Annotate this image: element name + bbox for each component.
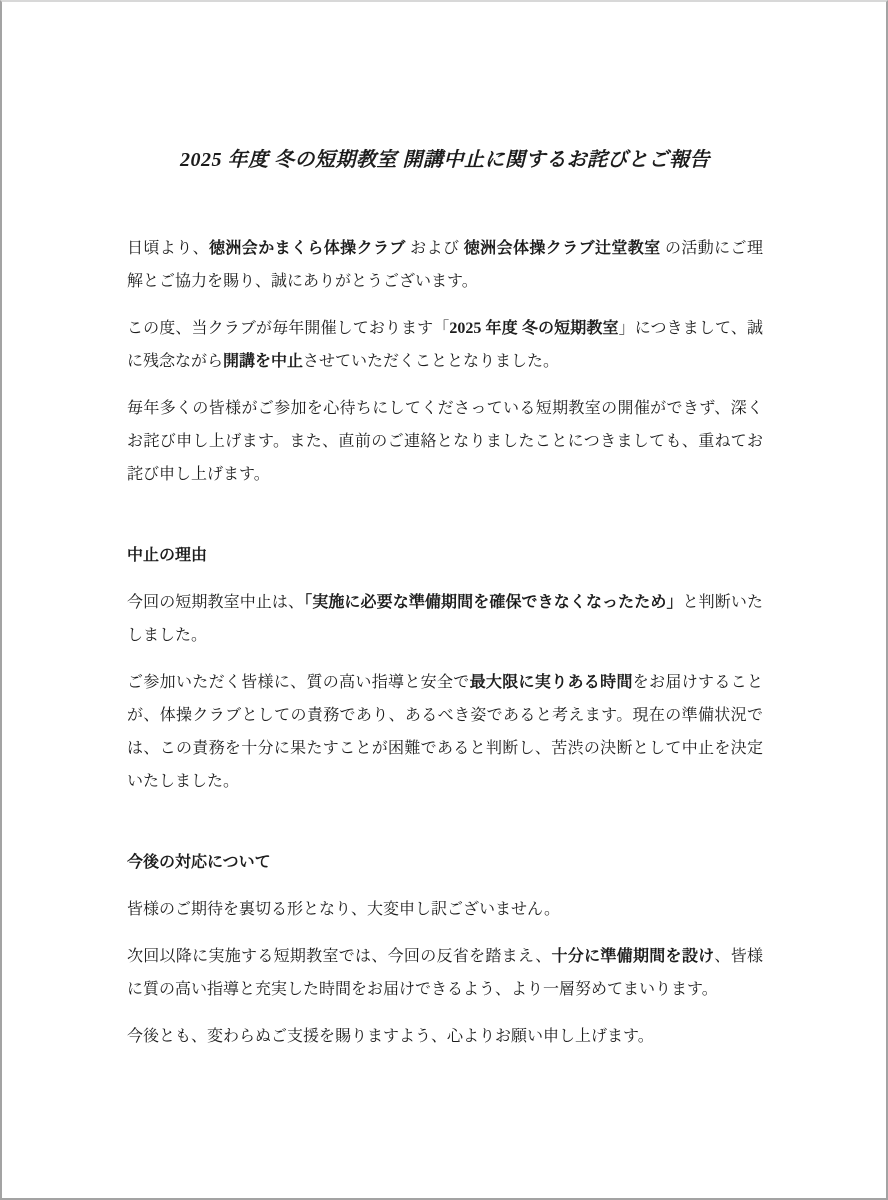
document-page: 2025 年度 冬の短期教室 開講中止に関するお詫びとご報告 日頃より、徳洲会か…	[0, 0, 888, 1200]
paragraph-reason-statement: 今回の短期教室中止は、「実施に必要な準備期間を確保できなくなったため」と判断いた…	[127, 586, 763, 652]
paragraph-closing: 今後とも、変わらぬご支援を賜りますよう、心よりお願い申し上げます。	[127, 1020, 763, 1053]
paragraph-apology: 毎年多くの皆様がご参加を心待ちにしてくださっている短期教室の開催ができず、深くお…	[127, 392, 763, 491]
section-heading-future-response: 今後の対応について	[127, 846, 763, 879]
paragraph-expectations-apology: 皆様のご期待を裏切る形となり、大変申し訳ございません。	[127, 893, 763, 926]
document-title: 2025 年度 冬の短期教室 開講中止に関するお詫びとご報告	[127, 145, 763, 175]
document-content: 2025 年度 冬の短期教室 開講中止に関するお詫びとご報告 日頃より、徳洲会か…	[2, 2, 886, 1053]
paragraph-cancellation-announcement: この度、当クラブが毎年開催しております「2025 年度 冬の短期教室」につきまし…	[127, 312, 763, 378]
paragraph-reason-explanation: ご参加いただく皆様に、質の高い指導と安全で最大限に実りある時間をお届けすることが…	[127, 666, 763, 798]
paragraph-greeting: 日頃より、徳洲会かまくら体操クラブ および 徳洲会体操クラブ辻堂教室 の活動にご…	[127, 232, 763, 298]
paragraph-future-commitment: 次回以降に実施する短期教室では、今回の反省を踏まえ、十分に準備期間を設け、皆様に…	[127, 940, 763, 1006]
section-heading-cancellation-reason: 中止の理由	[127, 539, 763, 572]
